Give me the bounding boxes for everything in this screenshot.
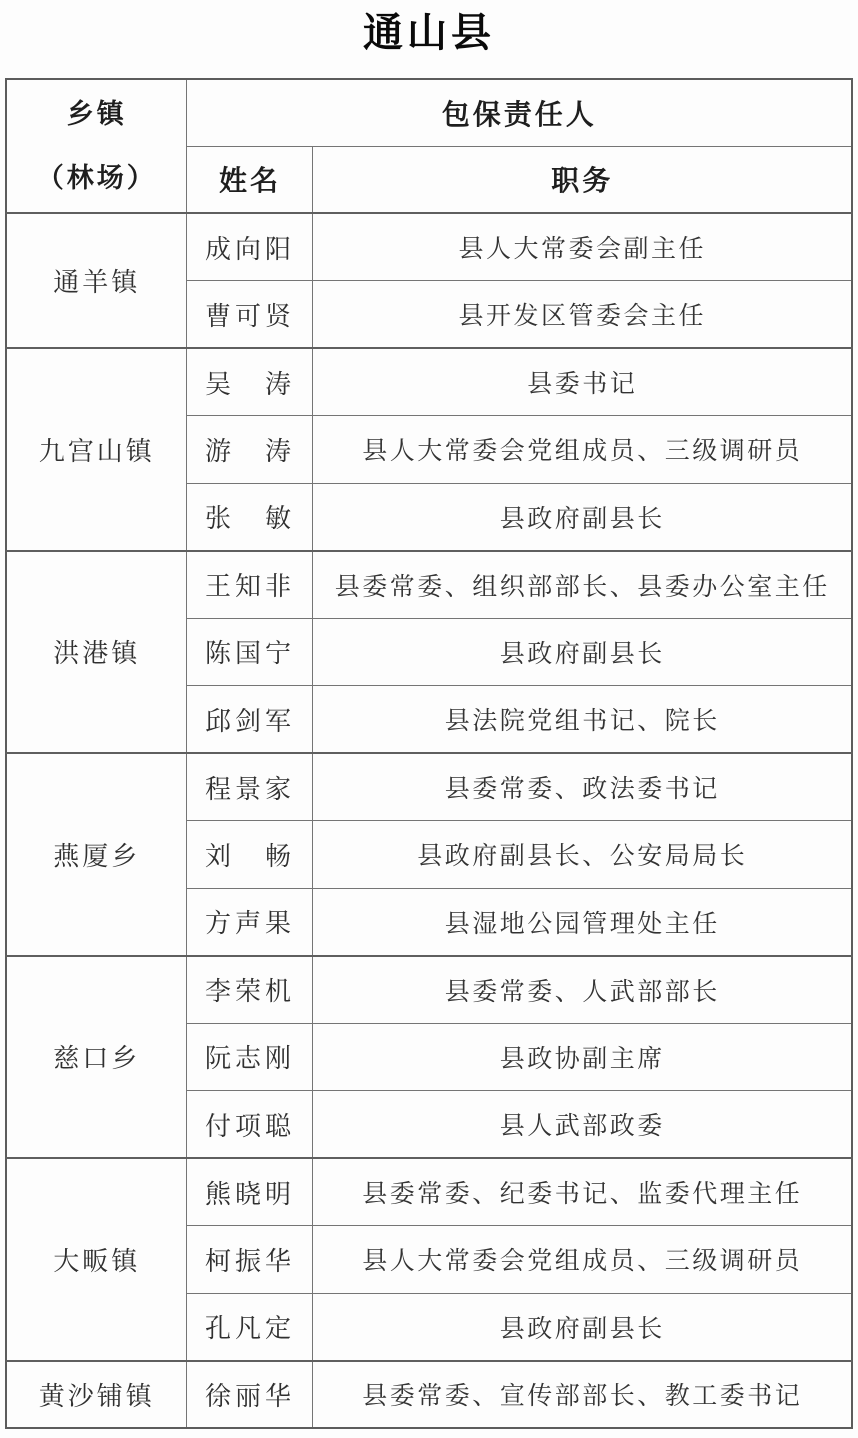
position-cell: 县政府副县长 xyxy=(313,618,852,686)
name-cell: 徐丽华 xyxy=(187,1361,313,1429)
position-cell: 县委常委、组织部部长、县委办公室主任 xyxy=(313,551,852,619)
position-cell: 县政府副县长、公安局局长 xyxy=(313,821,852,889)
township-cell: 通羊镇 xyxy=(6,213,187,348)
township-cell: 洪港镇 xyxy=(6,551,187,754)
name-cell: 成向阳 xyxy=(187,213,313,281)
position-cell: 县委常委、纪委书记、监委代理主任 xyxy=(313,1158,852,1226)
position-cell: 县委常委、宣传部部长、教工委书记 xyxy=(313,1361,852,1429)
name-cell: 邱剑军 xyxy=(187,686,313,754)
name-cell: 付项聪 xyxy=(187,1091,313,1159)
name-cell: 游 涛 xyxy=(187,416,313,484)
header-township: 乡镇 （林场） xyxy=(6,79,187,213)
name-cell: 刘 畅 xyxy=(187,821,313,889)
township-cell: 慈口乡 xyxy=(6,956,187,1159)
position-cell: 县政府副县长 xyxy=(313,483,852,551)
table-row: 洪港镇王知非县委常委、组织部部长、县委办公室主任 xyxy=(6,551,852,619)
table-row: 通羊镇成向阳县人大常委会副主任 xyxy=(6,213,852,281)
position-cell: 县开发区管委会主任 xyxy=(313,281,852,349)
position-cell: 县人武部政委 xyxy=(313,1091,852,1159)
document-page: 通山县 乡镇 （林场） 包保责任人 姓名 职务 通羊镇成向阳县人大常委会副主任曹… xyxy=(0,0,858,1429)
township-cell: 九宫山镇 xyxy=(6,348,187,551)
name-cell: 方声果 xyxy=(187,888,313,956)
position-cell: 县人大常委会副主任 xyxy=(313,213,852,281)
table-row: 慈口乡李荣机县委常委、人武部部长 xyxy=(6,956,852,1024)
name-cell: 王知非 xyxy=(187,551,313,619)
township-cell: 燕厦乡 xyxy=(6,753,187,956)
position-cell: 县政协副主席 xyxy=(313,1023,852,1091)
township-cell: 大畈镇 xyxy=(6,1158,187,1361)
position-cell: 县委常委、政法委书记 xyxy=(313,753,852,821)
name-cell: 吴 涛 xyxy=(187,348,313,416)
header-township-line2: （林场） xyxy=(37,163,157,193)
header-name: 姓名 xyxy=(187,146,313,213)
name-cell: 柯振华 xyxy=(187,1226,313,1294)
name-cell: 陈国宁 xyxy=(187,618,313,686)
page-title: 通山县 xyxy=(0,0,858,58)
table-row: 黄沙铺镇徐丽华县委常委、宣传部部长、教工委书记 xyxy=(6,1361,852,1429)
header-row-1: 乡镇 （林场） 包保责任人 xyxy=(6,79,852,146)
table-header: 乡镇 （林场） 包保责任人 姓名 职务 xyxy=(6,79,852,213)
position-cell: 县法院党组书记、院长 xyxy=(313,686,852,754)
township-cell: 黄沙铺镇 xyxy=(6,1361,187,1429)
name-cell: 程景家 xyxy=(187,753,313,821)
position-cell: 县湿地公园管理处主任 xyxy=(313,888,852,956)
position-cell: 县委书记 xyxy=(313,348,852,416)
roster-table: 乡镇 （林场） 包保责任人 姓名 职务 通羊镇成向阳县人大常委会副主任曹可贤县开… xyxy=(5,78,853,1429)
position-cell: 县政府副县长 xyxy=(313,1293,852,1361)
position-cell: 县委常委、人武部部长 xyxy=(313,956,852,1024)
name-cell: 孔凡定 xyxy=(187,1293,313,1361)
name-cell: 熊晓明 xyxy=(187,1158,313,1226)
table-row: 九宫山镇吴 涛县委书记 xyxy=(6,348,852,416)
table-row: 大畈镇熊晓明县委常委、纪委书记、监委代理主任 xyxy=(6,1158,852,1226)
name-cell: 李荣机 xyxy=(187,956,313,1024)
header-responsible-group: 包保责任人 xyxy=(187,79,852,146)
header-position: 职务 xyxy=(313,146,852,213)
position-cell: 县人大常委会党组成员、三级调研员 xyxy=(313,416,852,484)
name-cell: 阮志刚 xyxy=(187,1023,313,1091)
position-cell: 县人大常委会党组成员、三级调研员 xyxy=(313,1226,852,1294)
name-cell: 曹可贤 xyxy=(187,281,313,349)
table-row: 燕厦乡程景家县委常委、政法委书记 xyxy=(6,753,852,821)
header-township-line1: 乡镇 xyxy=(67,99,127,129)
table-body: 通羊镇成向阳县人大常委会副主任曹可贤县开发区管委会主任九宫山镇吴 涛县委书记游 … xyxy=(6,213,852,1428)
name-cell: 张 敏 xyxy=(187,483,313,551)
